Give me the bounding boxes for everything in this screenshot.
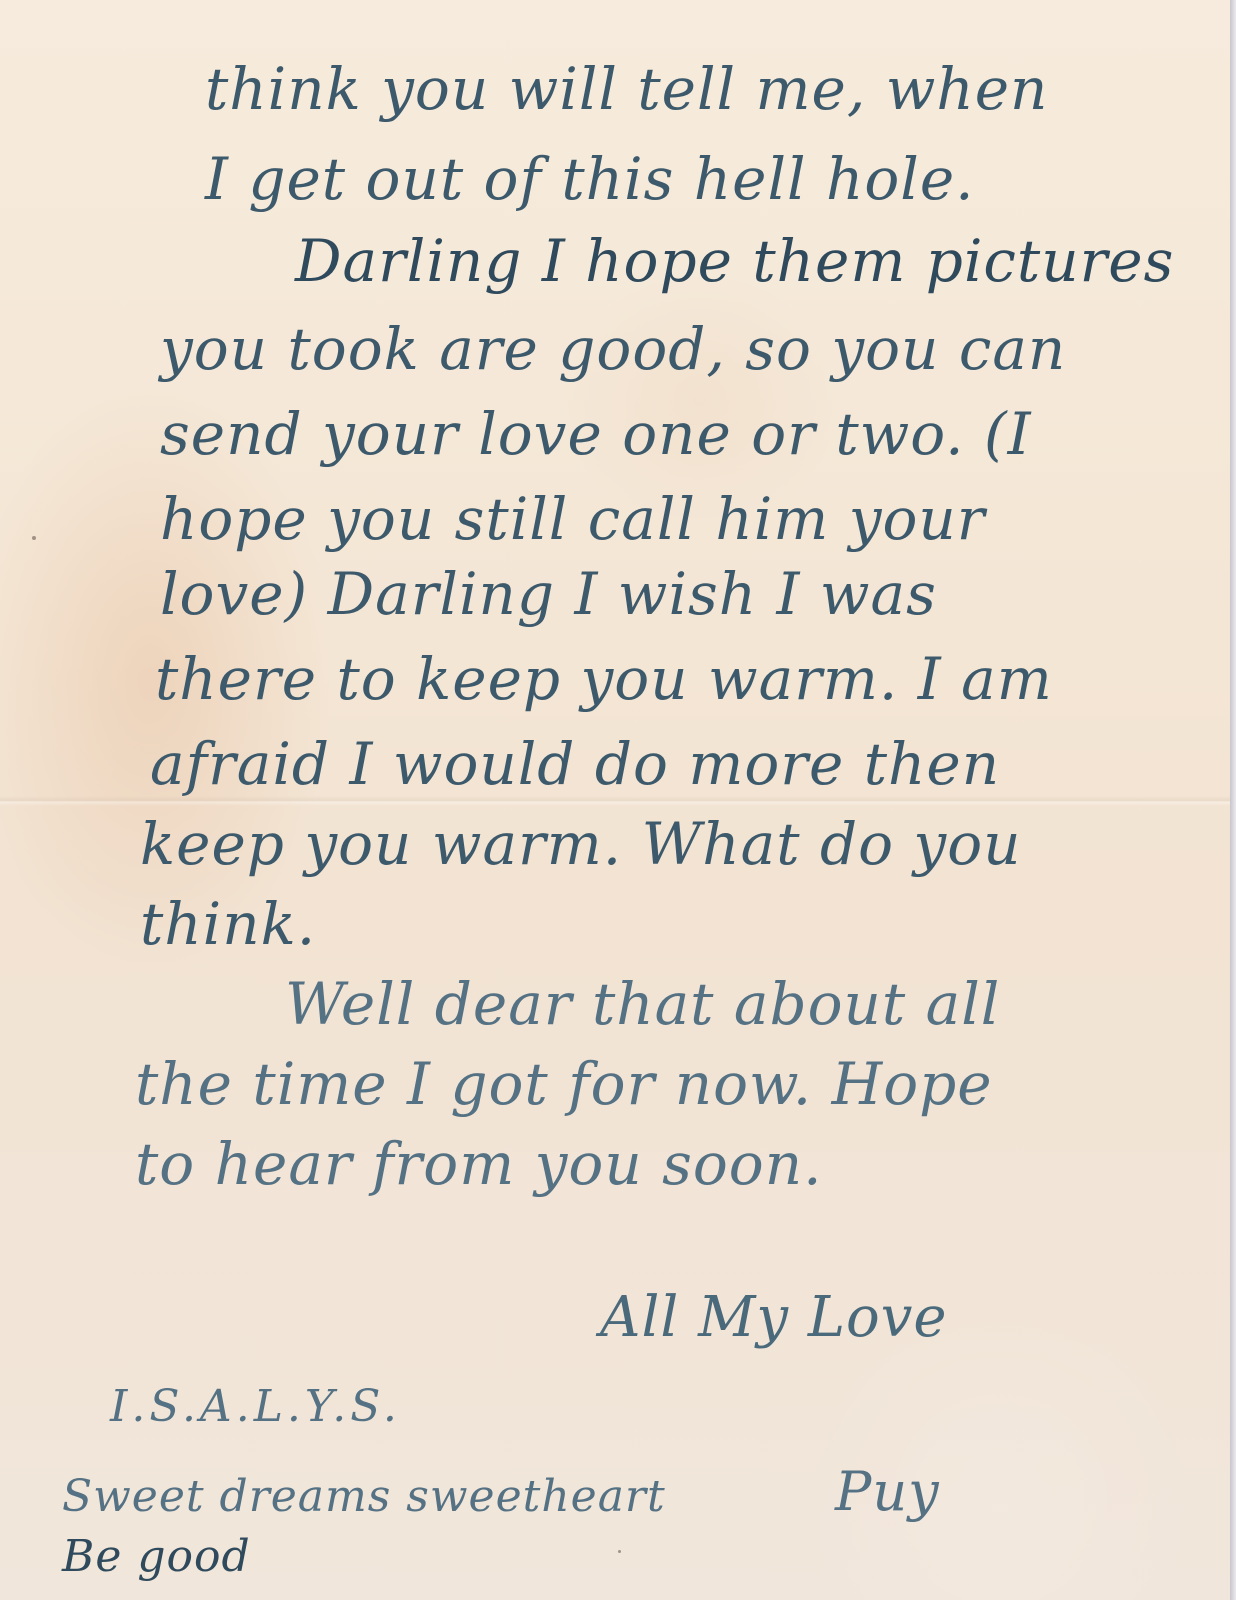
paper-speck [32, 536, 36, 540]
letter-line-11: think. [140, 895, 316, 953]
postscript-be-good: Be good [62, 1535, 251, 1579]
letter-line-3: Darling I hope them pictures [295, 232, 1174, 290]
letter-line-10: keep you warm. What do you [140, 815, 1021, 873]
postscript-acronym: I.S.A.L.Y.S. [110, 1385, 401, 1429]
letter-line-1: think you will tell me, when [205, 60, 1048, 118]
letter-line-12: Well dear that about all [285, 975, 1000, 1033]
letter-line-8: there to keep you warm. I am [155, 650, 1053, 708]
letter-closing: All My Love [600, 1290, 948, 1346]
signature-initial: Puy [835, 1465, 940, 1519]
postscript-sweet-dreams: Sweet dreams sweetheart [62, 1475, 666, 1519]
letter-page: think you will tell me, when I get out o… [0, 0, 1230, 1600]
scan-edge [1230, 0, 1236, 1600]
letter-line-5: send your love one or two. (I [160, 405, 1032, 463]
letter-line-7: love) Darling I wish I was [160, 565, 937, 623]
letter-line-4: you took are good, so you can [160, 320, 1066, 378]
letter-line-9: afraid I would do more then [150, 735, 1000, 793]
paper-speck [618, 1550, 621, 1553]
letter-line-13: the time I got for now. Hope [135, 1055, 993, 1113]
letter-line-14: to hear from you soon. [135, 1135, 823, 1193]
letter-line-2: I get out of this hell hole. [205, 150, 975, 208]
letter-line-6: hope you still call him your [160, 490, 986, 548]
